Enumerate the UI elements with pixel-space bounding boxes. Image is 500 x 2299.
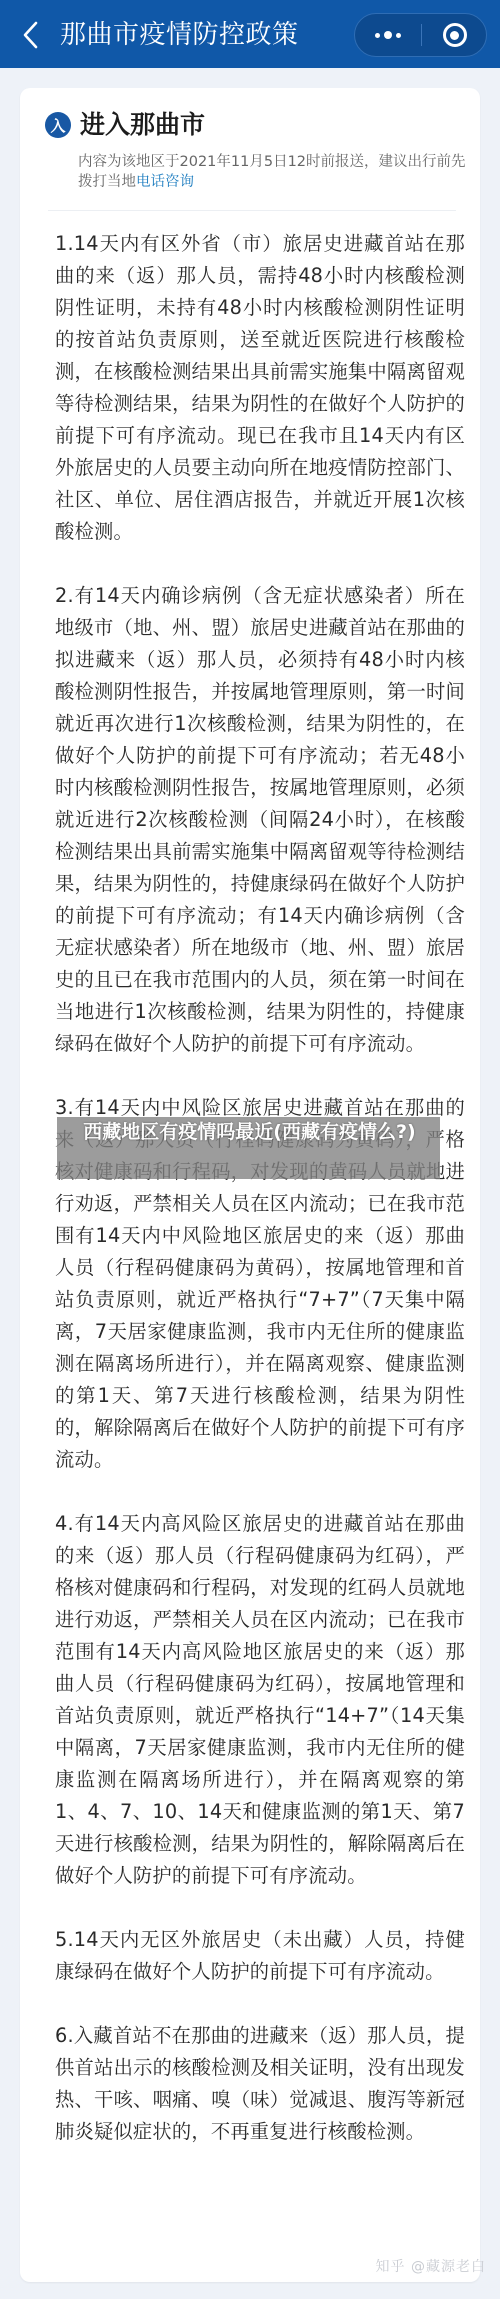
enter-badge-icon: 入: [45, 112, 71, 138]
more-dots-icon: [375, 33, 380, 38]
policy-item-1: 1.14天内有区外省（市）旅居史进藏首站在那曲的来（返）那人员，需持48小时内核…: [55, 228, 465, 548]
policy-item-4: 4.有14天内高风险区旅居史的进藏首站在那曲的来（返）那人员（行程码健康码为红码…: [55, 1508, 465, 1892]
section-title: 进入那曲市: [80, 108, 205, 142]
more-dots-icon-center: [384, 31, 392, 39]
more-dots-icon-right: [396, 33, 401, 38]
policy-item-5: 5.14天内无区外旅居史（未出藏）人员，持健康绿码在做好个人防护的前提下可有序流…: [55, 1924, 465, 1988]
chevron-left-icon: [18, 15, 44, 55]
section-header: 入 进入那曲市: [45, 108, 205, 142]
zhihu-watermark: 知乎 @藏源老白: [376, 2256, 486, 2276]
target-circle-icon: [443, 23, 467, 47]
caption-overlay: 西藏地区有疫情吗最近(西藏有疫情么?): [57, 1117, 440, 1179]
policy-item-6: 6.入藏首站不在那曲的进藏来（返）那人员，提供首站出示的核酸检测及相关证明，没有…: [55, 2020, 465, 2148]
mini-program-capsule: [354, 13, 487, 57]
back-button[interactable]: [18, 15, 44, 55]
policy-content: 1.14天内有区外省（市）旅居史进藏首站在那曲的来（返）那人员，需持48小时内核…: [55, 228, 465, 2180]
policy-item-2: 2.有14天内确诊病例（含无症状感染者）所在地级市（地、州、盟）旅居史进藏首站在…: [55, 580, 465, 1060]
report-notice: 内容为该地区于2021年11月5日12时前报送，建议出行前先拨打当地电话咨询: [78, 152, 468, 192]
page-title: 那曲市疫情防控政策: [60, 17, 299, 53]
more-button[interactable]: [355, 14, 421, 56]
app-header: 那曲市疫情防控政策: [0, 0, 500, 68]
policy-card: 入 进入那曲市 内容为该地区于2021年11月5日12时前报送，建议出行前先拨打…: [20, 88, 480, 2282]
divider: [48, 210, 456, 211]
close-miniprogram-button[interactable]: [422, 14, 487, 56]
target-center-dot: [450, 31, 459, 40]
phone-consult-link[interactable]: 电话咨询: [136, 174, 194, 190]
caption-text: 西藏地区有疫情吗最近(西藏有疫情么?): [67, 1119, 432, 1145]
